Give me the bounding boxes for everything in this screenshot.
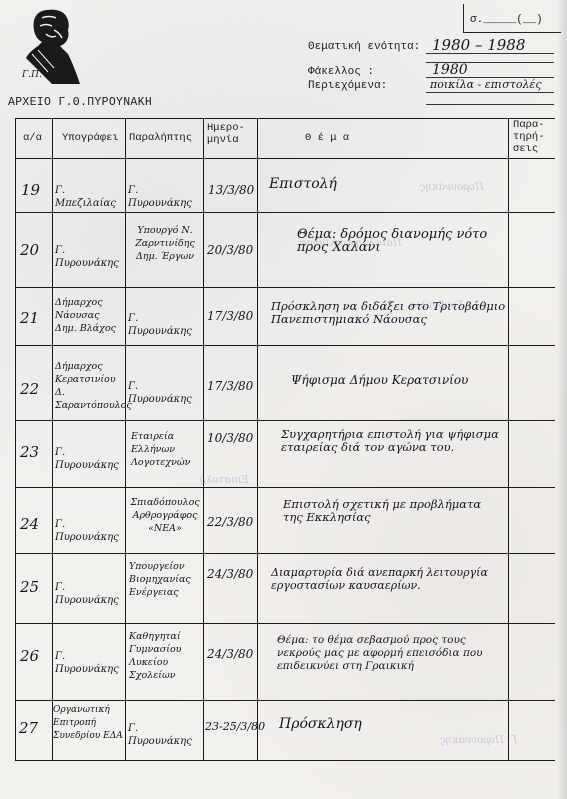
row-date: 20/3/80 — [207, 244, 253, 257]
contents-value: ποικίλα - επιστολές — [430, 78, 542, 91]
row-date: 10/3/80 — [207, 432, 253, 445]
row-number: 19 — [21, 184, 40, 197]
row-date: 23-25/3/80 — [205, 720, 265, 733]
row-signer: Γ. Πυρουνάκης — [55, 446, 123, 472]
row-date: 24/3/80 — [207, 568, 253, 581]
row-signer: Γ. Πυρουνάκης — [55, 244, 125, 270]
table-top-border — [15, 118, 555, 119]
row-recipient: Γ. Πυρουνάκης — [128, 380, 202, 406]
row-signer: Γ. Πυρουνάκης — [55, 581, 123, 607]
col-divider — [52, 118, 53, 760]
col-header-signer: Υπογράφει — [62, 132, 119, 144]
col-divider — [508, 118, 509, 760]
row-subject: Πρόσκληση να διδάξει στο Τριτοβάθμιο Παν… — [271, 300, 507, 326]
row-divider — [15, 287, 555, 288]
col-divider — [257, 118, 258, 760]
page-edge-shadow — [557, 0, 567, 799]
col-divider — [125, 118, 126, 760]
row-number: 27 — [19, 722, 38, 735]
row-subject: Πρόσκληση — [279, 718, 362, 731]
col-header-date: Ημερο- μηνία — [207, 122, 245, 146]
row-date: 24/3/80 — [207, 648, 253, 661]
row-recipient: Γ. Πυρουνάκης — [128, 722, 202, 748]
col-divider — [203, 118, 204, 760]
row-subject: Επιστολή — [269, 178, 337, 191]
col-divider — [15, 118, 16, 760]
thematic-value: 1980 – 1988 — [432, 36, 525, 54]
row-signer: Γ. Πυρουνάκης — [55, 650, 123, 676]
row-number: 21 — [20, 312, 39, 325]
header-bottom-border — [15, 158, 555, 159]
row-subject: Συγχαρητήρια επιστολή για ψήφισμα εταιρε… — [281, 428, 501, 454]
row-divider — [15, 212, 555, 213]
row-recipient: Σπιαδόπουλος Αρθρογράφος «ΝΕΑ» — [128, 496, 202, 535]
row-signer: Γ. Πυρουνάκης — [55, 518, 123, 544]
bleed-through-text: Γ. Πυρουνάκης — [440, 735, 517, 747]
contents-underline — [426, 92, 554, 93]
col-header-subject: Θ έ μ α — [305, 132, 349, 144]
row-number: 25 — [20, 581, 39, 594]
reference-number-field: σ._____(__) — [470, 14, 543, 26]
row-recipient: Υπουργό Ν. Ζαρντινίδης Δημ. Έργων — [129, 224, 201, 263]
row-divider — [15, 623, 555, 624]
row-date: 17/3/80 — [207, 310, 253, 323]
row-subject: Διαμαρτυρία διά ανεπαρκή λειτουργία εργο… — [271, 566, 491, 592]
row-divider — [15, 345, 555, 346]
row-divider — [15, 420, 555, 421]
row-signer: Οργανωτική Επιτροπή Συνεδρίου ΕΔΑ — [53, 704, 123, 743]
row-signer: Δήμαρχος Νάουσας Δημ. Βλάχος — [55, 296, 123, 335]
row-divider — [15, 487, 555, 488]
row-number: 26 — [20, 650, 39, 663]
row-number: 20 — [20, 244, 39, 257]
col-header-recipient: Παραλήπτης — [129, 132, 192, 144]
row-divider — [15, 700, 555, 701]
row-number: 23 — [20, 446, 39, 459]
row-recipient: Εταιρεία Ελλήνων Λογοτεχνών — [131, 430, 201, 469]
row-subject: Ψήφισμα Δήμου Κερατσινίου — [291, 374, 507, 387]
row-recipient: Καθηγηταί Γυμνασίου Λυκείου Σχολείων — [129, 630, 201, 682]
bleed-through-text: Πανελλήνιο Κίνημα — [300, 238, 402, 250]
table-bottom-border — [15, 760, 555, 761]
folder-label: Φάκελλος : — [308, 66, 374, 78]
row-number: 24 — [20, 518, 39, 531]
row-signer: Δήμαρχος Κερατσινίου Δ. Σαραντόπουλος — [55, 360, 123, 412]
col-header-notes: Παρα- τηρή- σεις — [513, 119, 545, 155]
bleed-through-text: Πυρουνάκης — [420, 182, 484, 194]
row-date: 13/3/80 — [208, 184, 254, 197]
row-date: 17/3/80 — [207, 380, 253, 393]
row-subject: Επιστολή σχετική με προβλήματα της Εκκλη… — [283, 498, 503, 524]
folder-value: 1980 — [432, 62, 468, 78]
thematic-label: Θεματική ενότητα: — [308, 41, 420, 53]
contents-underline-2 — [426, 104, 554, 105]
row-subject: Θέμα: το θέμα σεβασμού προς τους νεκρούς… — [277, 634, 507, 673]
correspondence-register-table: α/α Υπογράφει Παραλήπτης Ημερο- μηνία Θ … — [15, 118, 555, 760]
row-recipient: Υπουργείον Βιομηχανίας Ενέργειας — [129, 560, 201, 599]
contents-label: Περιεχόμενα: — [308, 80, 387, 92]
row-divider — [15, 553, 555, 554]
portrait-signature: Γ.Π. — [22, 70, 42, 80]
archive-title: ΑΡΧΕΙΟ Γ.Θ.ΠΥΡΟΥΝΑΚΗ — [8, 96, 152, 109]
row-date: 22/3/80 — [207, 516, 253, 529]
row-signer: Γ. Μπεζιλαίας — [55, 184, 125, 210]
bleed-through-text: Επιστολή — [200, 475, 249, 487]
row-recipient: Γ. Πυρουνάκης — [128, 184, 202, 210]
row-number: 22 — [20, 383, 39, 396]
col-header-number: α/α — [23, 132, 42, 144]
row-recipient: Γ. Πυρουνάκης — [128, 312, 202, 338]
bleed-through-text: Συμβούλιο — [410, 300, 464, 312]
